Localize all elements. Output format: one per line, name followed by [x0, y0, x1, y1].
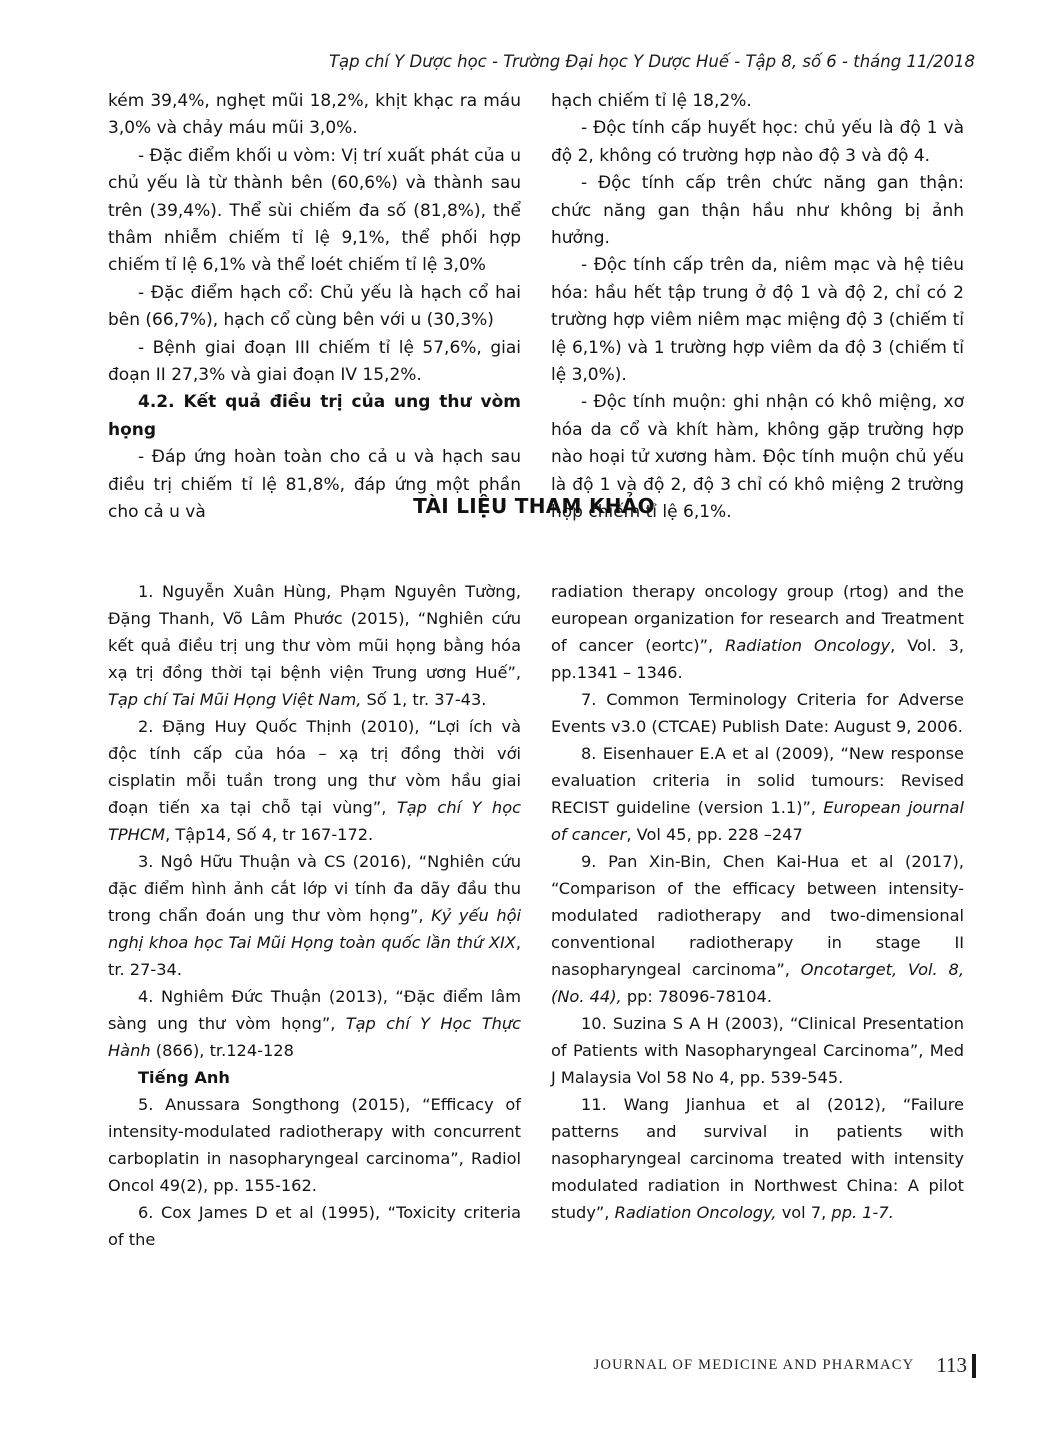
reference-item: 6. Cox James D et al (1995), “Toxicity c… [108, 1199, 521, 1253]
text-segment: - Độc tính cấp trên da, niêm mạc và hệ t… [551, 255, 964, 385]
paragraph: - Bệnh giai đoạn III chiếm tỉ lệ 57,6%, … [108, 335, 521, 390]
italic-text-segment: pp. 1-7. [831, 1203, 893, 1222]
text-segment: 4.2. Kết quả điều trị của ung thư vòm họ… [108, 392, 521, 439]
page-number-divider [972, 1354, 976, 1378]
subheading-tieng-anh: Tiếng Anh [108, 1064, 521, 1091]
reference-item: 7. Common Terminology Criteria for Adver… [551, 686, 964, 740]
reference-item: 11. Wang Jianhua et al (2012), “Failure … [551, 1091, 964, 1226]
references-right-column: radiation therapy oncology group (rtog) … [551, 578, 964, 1226]
paragraph: - Độc tính cấp huyết học: chủ yếu là độ … [551, 115, 964, 170]
reference-item: 5. Anussara Songthong (2015), “Efficacy … [108, 1091, 521, 1199]
text-segment: 1. Nguyễn Xuân Hùng, Phạm Nguyên Tường, … [108, 582, 521, 682]
text-segment: kém 39,4%, nghẹt mũi 18,2%, khịt khạc ra… [108, 91, 521, 138]
reference-item: 3. Ngô Hữu Thuận và CS (2016), “Nghiên c… [108, 848, 521, 983]
paragraph: - Đặc điểm khối u vòm: Vị trí xuất phát … [108, 143, 521, 280]
text-segment: - Độc tính cấp trên chức năng gan thận: … [551, 173, 964, 248]
text-segment: - Đặc điểm khối u vòm: Vị trí xuất phát … [108, 146, 521, 276]
paragraph: - Độc tính cấp trên chức năng gan thận: … [551, 170, 964, 252]
reference-item: 10. Suzina S A H (2003), “Clinical Prese… [551, 1010, 964, 1091]
italic-text-segment: Radiation Oncology, [615, 1203, 777, 1222]
text-segment: Số 1, tr. 37-43. [361, 690, 486, 709]
text-segment: - Bệnh giai đoạn III chiếm tỉ lệ 57,6%, … [108, 338, 521, 385]
italic-text-segment: Tạp chí Tai Mũi Họng Việt Nam, [108, 690, 361, 709]
text-segment: 5. Anussara Songthong (2015), “Efficacy … [108, 1095, 521, 1195]
body-left-column: kém 39,4%, nghẹt mũi 18,2%, khịt khạc ra… [108, 88, 521, 527]
paragraph: kém 39,4%, nghẹt mũi 18,2%, khịt khạc ra… [108, 88, 521, 143]
journal-page: Tạp chí Y Dược học - Trường Đại học Y Dư… [0, 0, 1058, 1455]
body-right-column: hạch chiếm tỉ lệ 18,2%.- Độc tính cấp hu… [551, 88, 964, 527]
text-segment: , Vol 45, pp. 228 –247 [626, 825, 802, 844]
references-left-column: 1. Nguyễn Xuân Hùng, Phạm Nguyên Tường, … [108, 578, 521, 1253]
reference-item: radiation therapy oncology group (rtog) … [551, 578, 964, 686]
text-segment: Tiếng Anh [138, 1068, 230, 1087]
text-segment: 7. Common Terminology Criteria for Adver… [551, 690, 964, 736]
text-segment: 10. Suzina S A H (2003), “Clinical Prese… [551, 1014, 964, 1087]
page-number: 113 [936, 1353, 967, 1378]
references-heading: TÀI LIỆU THAM KHẢO [105, 494, 963, 518]
paragraph: - Đặc điểm hạch cổ: Chủ yếu là hạch cổ h… [108, 280, 521, 335]
text-segment: vol 7, [777, 1203, 832, 1222]
text-segment: (866), tr.124-128 [151, 1041, 294, 1060]
text-segment: pp: 78096-78104. [622, 987, 772, 1006]
reference-item: 2. Đặng Huy Quốc Thịnh (2010), “Lợi ích … [108, 713, 521, 848]
reference-item: 9. Pan Xin-Bin, Chen Kai-Hua et al (2017… [551, 848, 964, 1010]
journal-name: JOURNAL OF MEDICINE AND PHARMACY [594, 1357, 915, 1374]
text-segment: 6. Cox James D et al (1995), “Toxicity c… [108, 1203, 521, 1249]
paragraph: hạch chiếm tỉ lệ 18,2%. [551, 88, 964, 115]
reference-item: 1. Nguyễn Xuân Hùng, Phạm Nguyên Tường, … [108, 578, 521, 713]
paragraph: - Độc tính cấp trên da, niêm mạc và hệ t… [551, 252, 964, 389]
text-segment: - Đặc điểm hạch cổ: Chủ yếu là hạch cổ h… [108, 283, 521, 330]
italic-text-segment: Radiation Oncology [725, 636, 890, 655]
text-segment: hạch chiếm tỉ lệ 18,2%. [551, 91, 752, 111]
reference-item: 4. Nghiêm Đức Thuận (2013), “Đặc điểm lâ… [108, 983, 521, 1064]
page-footer: JOURNAL OF MEDICINE AND PHARMACY 113 [594, 1353, 976, 1378]
section-heading-4-2: 4.2. Kết quả điều trị của ung thư vòm họ… [108, 389, 521, 444]
text-segment: - Độc tính cấp huyết học: chủ yếu là độ … [551, 118, 964, 165]
header-citation: Tạp chí Y Dược học - Trường Đại học Y Dư… [105, 52, 975, 71]
text-segment: , Tập14, Số 4, tr 167-172. [165, 825, 373, 844]
reference-item: 8. Eisenhauer E.A et al (2009), “New res… [551, 740, 964, 848]
